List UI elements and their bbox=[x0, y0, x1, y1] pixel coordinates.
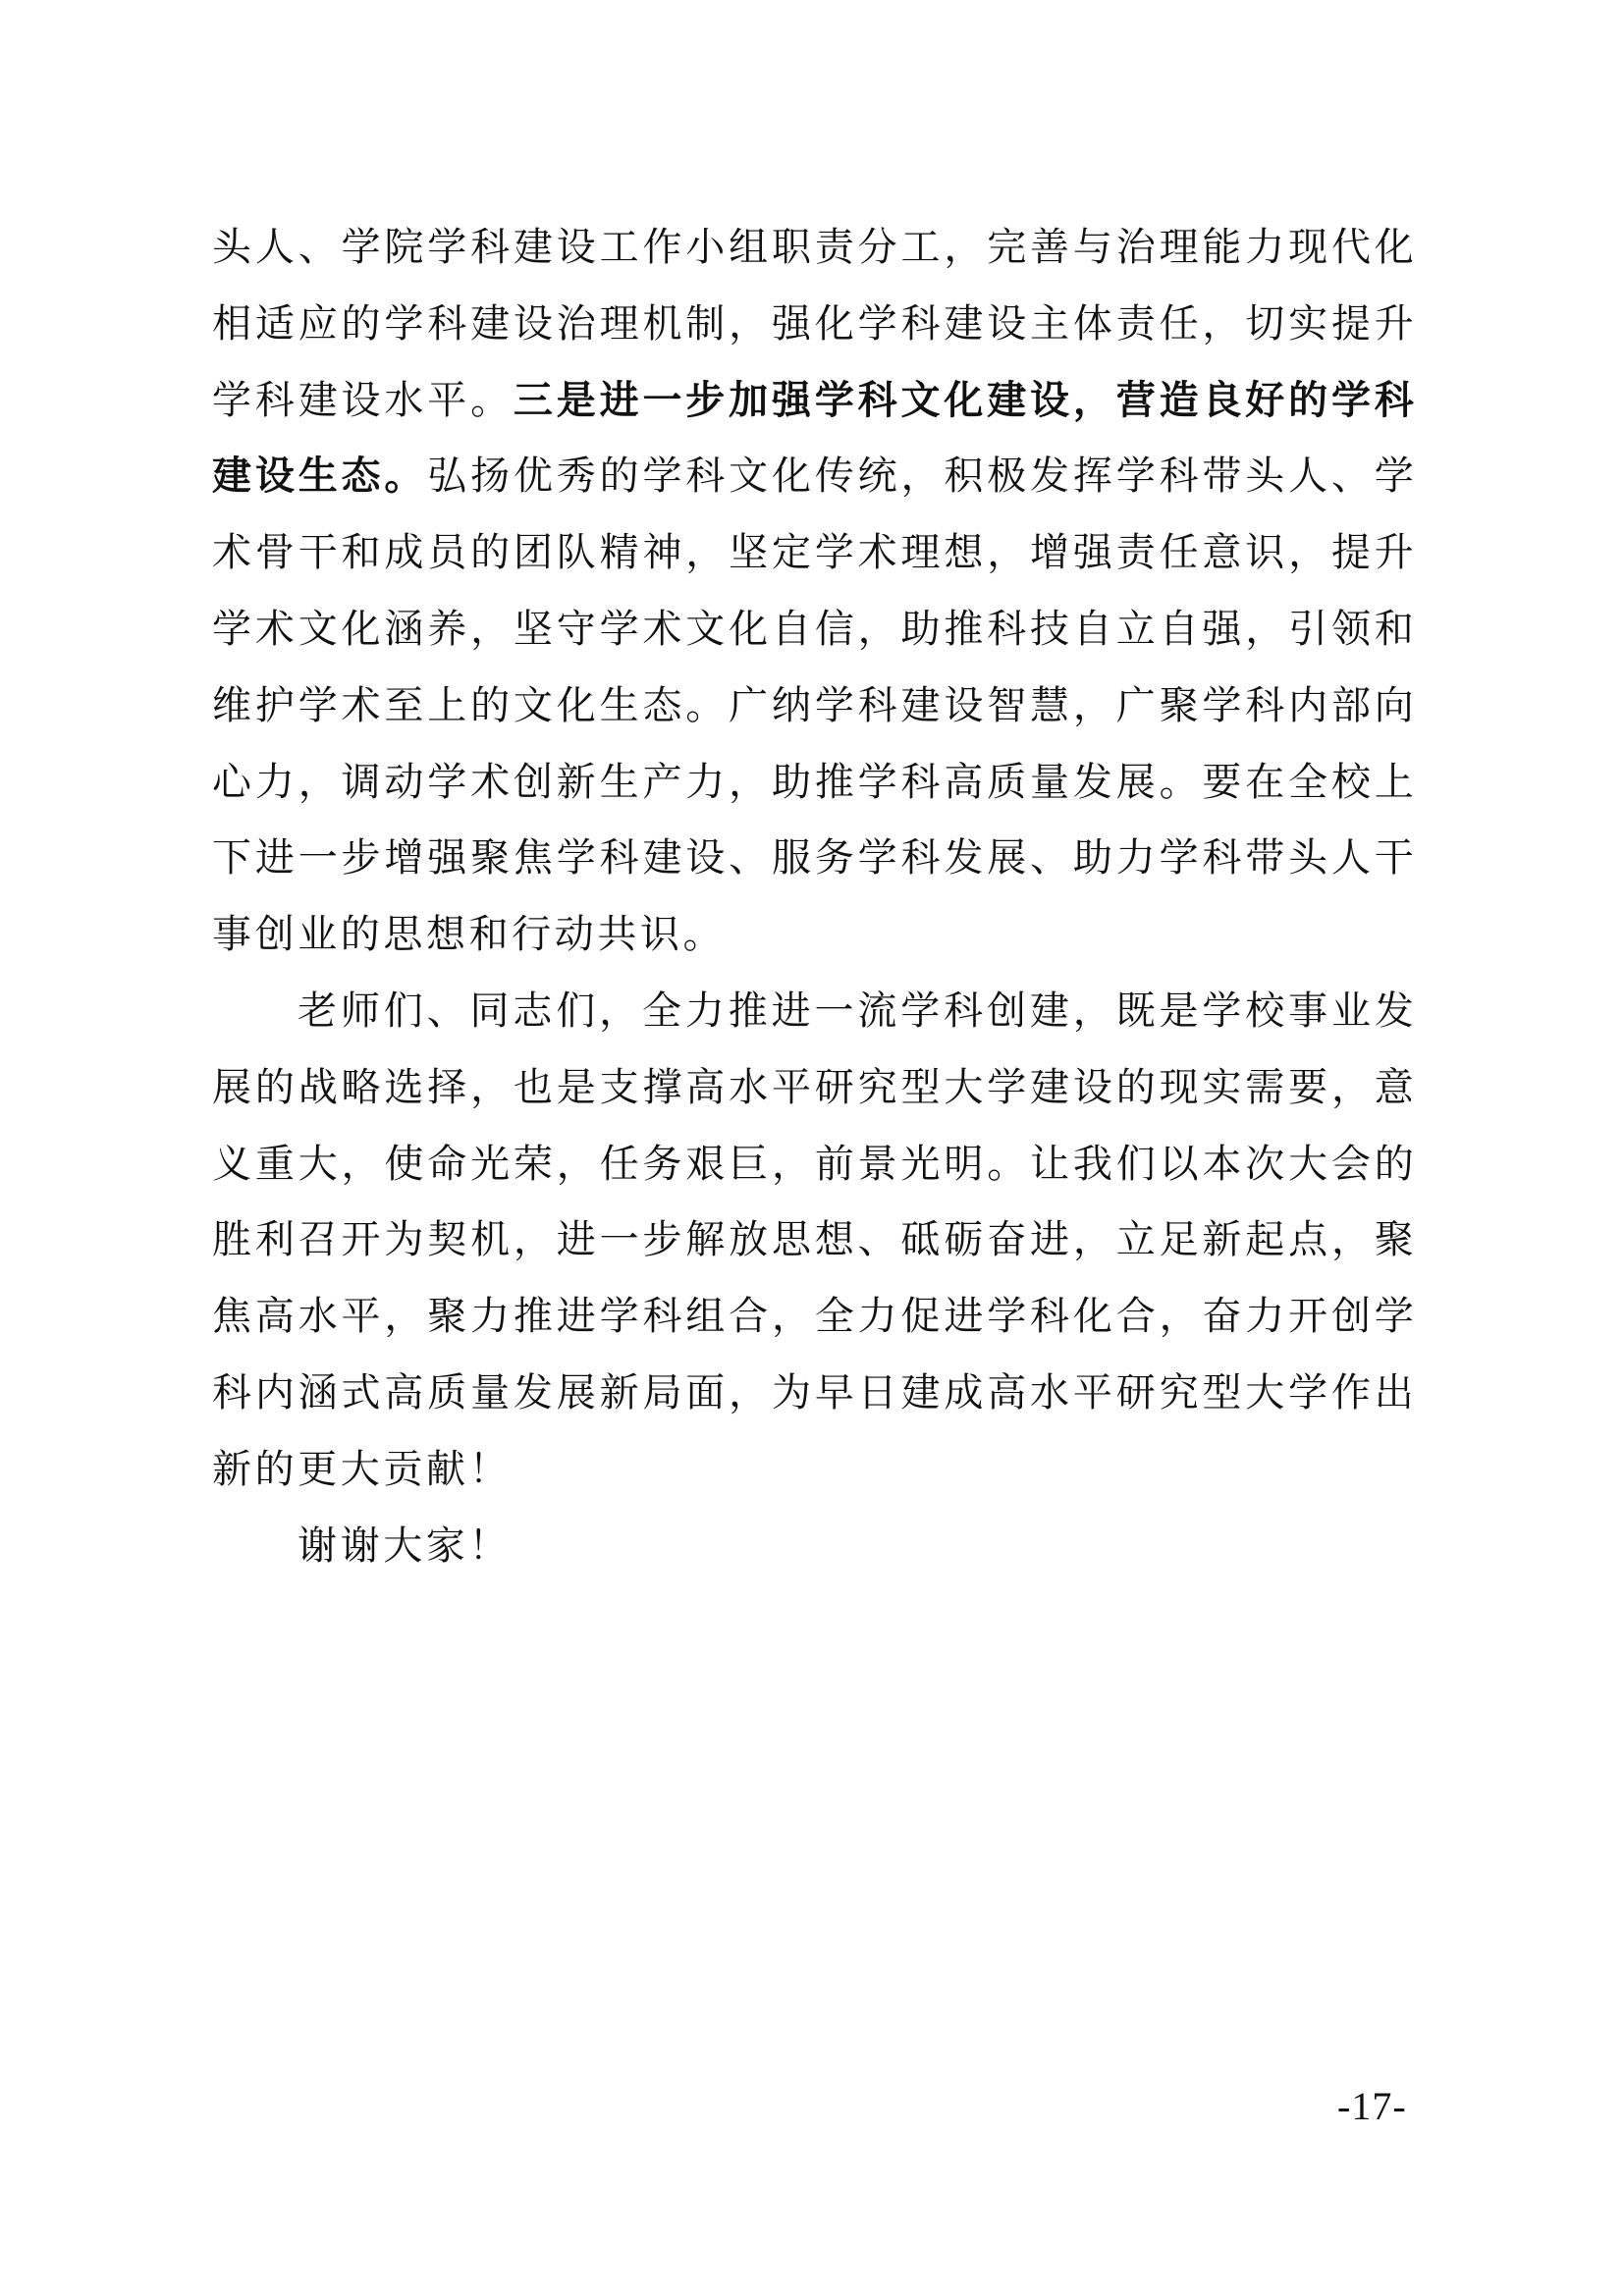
bold-text-char: ， bbox=[1073, 371, 1112, 448]
text-char: 全 bbox=[1288, 753, 1327, 829]
text-char: 校 bbox=[1331, 753, 1371, 829]
text-char: 文 bbox=[729, 447, 768, 523]
text-char: 高 bbox=[944, 753, 983, 829]
text-char: 部 bbox=[1331, 676, 1371, 753]
text-char: 设 bbox=[944, 676, 983, 753]
text-char: 服 bbox=[772, 828, 811, 905]
text-char: 力 bbox=[255, 753, 295, 829]
text-char: 建 bbox=[642, 828, 681, 905]
text-char: 识 bbox=[1245, 523, 1284, 600]
text-char: 大 bbox=[944, 1058, 983, 1135]
text-char: 小 bbox=[685, 218, 725, 294]
text-char: 足 bbox=[1160, 1210, 1199, 1287]
text-line: 焦高水平，聚力推进学科组合，全力促进学科化合，奋力开创学 bbox=[212, 1287, 1414, 1363]
text-char: 干 bbox=[298, 523, 338, 600]
text-line: 学术文化涵养，坚守学术文化自信，助推科技自立自强，引领和 bbox=[212, 600, 1414, 676]
text-char: 理 bbox=[1160, 218, 1199, 294]
text-line: 老师们、同志们，全力推进一流学科创建，既是学校事业发 bbox=[212, 982, 1414, 1058]
text-char: 信 bbox=[815, 600, 854, 676]
text-char: 、 bbox=[729, 828, 768, 905]
text-char: 秀 bbox=[557, 447, 596, 523]
text-char: 扬 bbox=[470, 447, 510, 523]
text-char: 展 bbox=[557, 1363, 596, 1440]
text-char: 带 bbox=[1202, 447, 1241, 523]
text-char: ， bbox=[1160, 1287, 1199, 1363]
text-char: 创 bbox=[255, 905, 295, 982]
text-char: 学 bbox=[858, 294, 897, 371]
text-char: ， bbox=[729, 1363, 768, 1440]
text-char: 在 bbox=[1245, 753, 1284, 829]
text-char: 展 bbox=[1116, 753, 1156, 829]
text-char: 学 bbox=[815, 523, 854, 600]
text-char: 建 bbox=[298, 371, 338, 448]
text-char: 升 bbox=[1375, 294, 1414, 371]
text-char: 术 bbox=[255, 600, 295, 676]
bold-text-char: 的 bbox=[1288, 371, 1327, 448]
text-char: 和 bbox=[1375, 600, 1414, 676]
text-char: 也 bbox=[514, 1058, 553, 1135]
text-char: 增 bbox=[384, 828, 423, 905]
text-char: 一 bbox=[298, 828, 338, 905]
text-char: 员 bbox=[427, 523, 466, 600]
text-char: 引 bbox=[1288, 600, 1327, 676]
text-char: 聚 bbox=[427, 1287, 466, 1363]
text-char: 思 bbox=[772, 1210, 811, 1287]
text-char: 神 bbox=[642, 523, 681, 600]
text-line: 胜利召开为契机，进一步解放思想、砥砺奋进，立足新起点，聚 bbox=[212, 1210, 1414, 1287]
text-char: 创 bbox=[987, 982, 1026, 1058]
text-char: 力 bbox=[470, 1287, 510, 1363]
text-char: 。 bbox=[1160, 753, 1199, 829]
text-char: 人 bbox=[1288, 447, 1327, 523]
text-char: ， bbox=[685, 523, 725, 600]
text-line: 义重大，使命光荣，任务艰巨，前景光明。让我们以本次大会的 bbox=[212, 1135, 1414, 1211]
text-char: 进 bbox=[255, 828, 295, 905]
text-char: 明 bbox=[944, 1135, 983, 1211]
text-char: 是 bbox=[557, 1058, 596, 1135]
text-char: 业 bbox=[298, 905, 337, 982]
text-char: 护 bbox=[255, 676, 295, 753]
text-char: 、 bbox=[298, 218, 338, 294]
text-char: 成 bbox=[944, 1363, 983, 1440]
text-char: 学 bbox=[1288, 1363, 1327, 1440]
text-char: 学 bbox=[1375, 1287, 1414, 1363]
text-char: 力 bbox=[1116, 828, 1156, 905]
text-char: 日 bbox=[858, 1363, 897, 1440]
text-char: 自 bbox=[1160, 600, 1199, 676]
text-char: 我 bbox=[1073, 1135, 1112, 1211]
text-char: 面 bbox=[685, 1363, 725, 1440]
text-char: 机 bbox=[642, 294, 681, 371]
text-char: 力 bbox=[1245, 218, 1284, 294]
text-char: 善 bbox=[1030, 218, 1069, 294]
text-char: 选 bbox=[384, 1058, 423, 1135]
text-char: 涵 bbox=[384, 600, 423, 676]
text-char: 治 bbox=[1116, 218, 1156, 294]
text-char: 发 bbox=[1073, 753, 1112, 829]
text-char: 应 bbox=[298, 294, 338, 371]
text-char: 平 bbox=[427, 371, 466, 448]
text-char: 组 bbox=[685, 1287, 725, 1363]
text-char: 展 bbox=[212, 1058, 251, 1135]
text-char: 化 bbox=[1375, 218, 1414, 294]
text-line: 谢谢大家！ bbox=[212, 1517, 1414, 1593]
text-char: 态 bbox=[642, 676, 681, 753]
text-char: 适 bbox=[255, 294, 295, 371]
text-char: 务 bbox=[642, 1135, 681, 1211]
text-char: 科 bbox=[685, 447, 725, 523]
text-char: 全 bbox=[815, 1287, 854, 1363]
text-char: 化 bbox=[729, 600, 768, 676]
text-char: 设 bbox=[514, 294, 553, 371]
bold-text-char: 建 bbox=[987, 371, 1026, 448]
text-char: 文 bbox=[685, 600, 725, 676]
text-char: 力 bbox=[1245, 1287, 1284, 1363]
text-char: 业 bbox=[1331, 982, 1371, 1058]
text-char: 究 bbox=[1160, 1363, 1199, 1440]
bold-text-char: 造 bbox=[1160, 371, 1199, 448]
text-char: 支 bbox=[600, 1058, 639, 1135]
paragraph: 头人、学院学科建设工作小组职责分工，完善与治理能力现代化相适应的学科建设治理机制… bbox=[212, 218, 1414, 982]
text-char: 想 bbox=[815, 1210, 854, 1287]
text-char: 的 bbox=[470, 523, 510, 600]
text-char: 学 bbox=[427, 218, 466, 294]
text-char: 的 bbox=[600, 447, 639, 523]
text-char: ， bbox=[342, 1135, 381, 1211]
text-char: 分 bbox=[858, 218, 897, 294]
text-char: 学 bbox=[1202, 982, 1241, 1058]
text-char: 建 bbox=[944, 294, 983, 371]
text-char: 学 bbox=[987, 1287, 1026, 1363]
text-char: 大 bbox=[383, 1517, 422, 1593]
text-char: 合 bbox=[1116, 1287, 1156, 1363]
text-char: 更 bbox=[298, 1440, 337, 1517]
text-char: 优 bbox=[514, 447, 553, 523]
text-char: 学 bbox=[987, 1058, 1026, 1135]
text-char: 生 bbox=[600, 753, 639, 829]
text-char: 型 bbox=[1202, 1363, 1241, 1440]
text-char: 研 bbox=[1116, 1363, 1156, 1440]
text-char: 聚 bbox=[1375, 1210, 1414, 1287]
text-char: 自 bbox=[772, 600, 811, 676]
bold-text-char: 文 bbox=[901, 371, 941, 448]
text-char: 谢 bbox=[341, 1517, 380, 1593]
text-char: 进 bbox=[1030, 1210, 1069, 1287]
text-line: 相适应的学科建设治理机制，强化学科建设主体责任，切实提升 bbox=[212, 294, 1414, 371]
text-char: 科 bbox=[427, 294, 466, 371]
text-line: 科内涵式高质量发展新局面，为早日建成高水平研究型大学作出 bbox=[212, 1363, 1414, 1440]
text-char: 胜 bbox=[212, 1210, 251, 1287]
text-char: 学 bbox=[1160, 828, 1199, 905]
text-char: 精 bbox=[600, 523, 639, 600]
text-char: 需 bbox=[1245, 1058, 1284, 1135]
text-char: 、 bbox=[427, 982, 466, 1058]
text-char: 的 bbox=[255, 1440, 295, 1517]
text-char: 科 bbox=[1202, 828, 1241, 905]
text-char: ， bbox=[1331, 1210, 1371, 1287]
text-char: ， bbox=[944, 218, 983, 294]
text-char: 的 bbox=[255, 1058, 295, 1135]
text-char: 们 bbox=[384, 982, 423, 1058]
text-char: 同 bbox=[470, 982, 510, 1058]
text-char: 学 bbox=[427, 753, 466, 829]
text-char: 建 bbox=[1030, 982, 1069, 1058]
text-char: 一 bbox=[815, 982, 854, 1058]
text-char: ， bbox=[772, 1287, 811, 1363]
bold-text-char: 学 bbox=[1331, 371, 1371, 448]
text-char: 文 bbox=[298, 600, 338, 676]
text-char: 想 bbox=[426, 905, 465, 982]
text-char: 新 bbox=[212, 1440, 251, 1517]
text-char: 建 bbox=[470, 294, 510, 371]
text-char: 治 bbox=[557, 294, 596, 371]
text-char: 早 bbox=[815, 1363, 854, 1440]
text-char: 队 bbox=[557, 523, 596, 600]
text-char: 理 bbox=[600, 294, 639, 371]
text-char: 学 bbox=[1375, 447, 1414, 523]
text-char: 现 bbox=[1288, 218, 1327, 294]
text-char: 干 bbox=[1375, 828, 1414, 905]
text-char: 科 bbox=[1030, 1287, 1069, 1363]
text-char: 坚 bbox=[729, 523, 768, 600]
text-char: 志 bbox=[513, 982, 552, 1058]
text-char: 科 bbox=[1245, 676, 1284, 753]
text-char: 科 bbox=[858, 676, 897, 753]
text-char: ， bbox=[557, 1135, 596, 1211]
text-char: 命 bbox=[427, 1135, 466, 1211]
bold-text-char: 。 bbox=[384, 447, 423, 523]
text-char: 科 bbox=[642, 1287, 681, 1363]
text-char: 创 bbox=[514, 753, 553, 829]
text-char: 学 bbox=[1202, 676, 1241, 753]
text-char: 挥 bbox=[1073, 447, 1112, 523]
text-char: 、 bbox=[1331, 447, 1371, 523]
text-char: 责 bbox=[1116, 294, 1156, 371]
text-char: 砥 bbox=[901, 1210, 941, 1287]
text-char: 是 bbox=[1160, 982, 1199, 1058]
text-char: 立 bbox=[1116, 600, 1156, 676]
bold-text-char: 三 bbox=[514, 371, 553, 448]
text-char: 推 bbox=[944, 600, 983, 676]
text-char: 高 bbox=[384, 1363, 423, 1440]
text-char: ， bbox=[858, 600, 897, 676]
text-char: 化 bbox=[815, 294, 854, 371]
text-char: 校 bbox=[1245, 982, 1284, 1058]
text-char: 术 bbox=[858, 523, 897, 600]
text-char: 术 bbox=[342, 676, 381, 753]
text-char: ， bbox=[599, 982, 638, 1058]
bold-text-char: 设 bbox=[1030, 371, 1069, 448]
text-char: 化 bbox=[557, 676, 596, 753]
text-char: 上 bbox=[427, 676, 466, 753]
text-char: 工 bbox=[901, 218, 941, 294]
paragraph: 谢谢大家！ bbox=[212, 1517, 1414, 1593]
text-char: 发 bbox=[1030, 447, 1069, 523]
text-char: 慧 bbox=[1030, 676, 1069, 753]
text-char: 广 bbox=[1116, 676, 1156, 753]
text-char: 型 bbox=[901, 1058, 941, 1135]
text-char: 创 bbox=[1331, 1287, 1371, 1363]
text-char: ， bbox=[1073, 1210, 1112, 1287]
text-char: ， bbox=[1245, 600, 1284, 676]
text-char: 推 bbox=[514, 1287, 553, 1363]
text-char: 局 bbox=[642, 1363, 681, 1440]
text-char: 新 bbox=[600, 1363, 639, 1440]
text-line: 下进一步增强聚焦学科建设、服务学科发展、助力学科带头人干 bbox=[212, 828, 1414, 905]
bold-text-char: 建 bbox=[212, 447, 251, 523]
text-char: 式 bbox=[342, 1363, 381, 1440]
text-char: 进 bbox=[557, 1287, 596, 1363]
text-char: 大 bbox=[341, 1440, 380, 1517]
text-char: 建 bbox=[901, 1363, 941, 1440]
text-char: 流 bbox=[857, 982, 896, 1058]
text-char: 作 bbox=[642, 218, 681, 294]
text-char: 次 bbox=[1245, 1135, 1284, 1211]
text-char: 代 bbox=[1331, 218, 1371, 294]
text-char: 科 bbox=[901, 753, 941, 829]
text-char: 科 bbox=[987, 600, 1026, 676]
text-char: 科 bbox=[944, 982, 983, 1058]
text-char: 、 bbox=[858, 1210, 897, 1287]
bold-text-char: 强 bbox=[772, 371, 811, 448]
text-char: 设 bbox=[987, 294, 1026, 371]
text-char: 人 bbox=[1331, 828, 1371, 905]
text-char: 老 bbox=[298, 982, 337, 1058]
text-char: 起 bbox=[1245, 1210, 1284, 1287]
text-char: 带 bbox=[1245, 828, 1284, 905]
text-char: 术 bbox=[642, 600, 681, 676]
text-line: 学科建设水平。三是进一步加强学科文化建设，营造良好的学科 bbox=[212, 371, 1414, 448]
text-char: 放 bbox=[729, 1210, 768, 1287]
text-char: 艰 bbox=[685, 1135, 725, 1211]
text-char: ， bbox=[1202, 294, 1241, 371]
text-char: 头 bbox=[212, 218, 251, 294]
text-char: 水 bbox=[384, 371, 423, 448]
text-char: 务 bbox=[815, 828, 854, 905]
bold-text-char: 步 bbox=[685, 371, 725, 448]
text-char: 召 bbox=[298, 1210, 338, 1287]
text-char: 以 bbox=[1160, 1135, 1199, 1211]
bold-text-char: 是 bbox=[557, 371, 596, 448]
text-char: 学 bbox=[815, 676, 854, 753]
text-char: 提 bbox=[1331, 294, 1371, 371]
text-char: 科 bbox=[901, 828, 941, 905]
text-char: 义 bbox=[212, 1135, 251, 1211]
text-char: 强 bbox=[772, 294, 811, 371]
text-char: 强 bbox=[427, 828, 466, 905]
text-char: 学 bbox=[642, 447, 681, 523]
text-char: 现 bbox=[1160, 1058, 1199, 1135]
text-char: 力 bbox=[858, 1287, 897, 1363]
text-char: 大 bbox=[1245, 1363, 1284, 1440]
text-char: 科 bbox=[470, 218, 510, 294]
text-char: 院 bbox=[384, 218, 423, 294]
text-char: 的 bbox=[1375, 1135, 1414, 1211]
bold-text-char: 科 bbox=[858, 371, 897, 448]
text-char: 的 bbox=[1116, 1058, 1156, 1135]
text-char: 切 bbox=[1245, 294, 1284, 371]
text-char: 智 bbox=[987, 676, 1026, 753]
text-char: 学 bbox=[858, 753, 897, 829]
text-char: 们 bbox=[1116, 1135, 1156, 1211]
text-char: 质 bbox=[427, 1363, 466, 1440]
text-char: 养 bbox=[427, 600, 466, 676]
text-char: ， bbox=[987, 523, 1026, 600]
text-char: 全 bbox=[642, 982, 681, 1058]
text-char: 涵 bbox=[298, 1363, 338, 1440]
text-char: 高 bbox=[255, 1287, 295, 1363]
text-char: 向 bbox=[1375, 676, 1414, 753]
text-char: 契 bbox=[427, 1210, 466, 1287]
text-char: 研 bbox=[815, 1058, 854, 1135]
text-char: 责 bbox=[815, 218, 854, 294]
text-char: 识 bbox=[640, 905, 679, 982]
text-char: 完 bbox=[987, 218, 1026, 294]
text-char: 。 bbox=[683, 905, 723, 982]
text-char: 开 bbox=[1288, 1287, 1327, 1363]
text-char: 学 bbox=[900, 982, 940, 1058]
bold-text-char: 进 bbox=[600, 371, 639, 448]
text-char: 平 bbox=[1073, 1363, 1112, 1440]
text-char: 任 bbox=[1160, 523, 1199, 600]
text-char: 化 bbox=[342, 600, 381, 676]
text-char: 步 bbox=[342, 828, 381, 905]
text-char: 内 bbox=[1288, 676, 1327, 753]
text-char: 会 bbox=[1331, 1135, 1371, 1211]
text-char: ， bbox=[1073, 982, 1112, 1058]
text-char: 内 bbox=[255, 1363, 295, 1440]
text-char: 新 bbox=[557, 753, 596, 829]
text-char: 推 bbox=[815, 753, 854, 829]
text-char: 大 bbox=[298, 1135, 338, 1211]
text-char: 促 bbox=[901, 1287, 941, 1363]
text-char: 水 bbox=[298, 1287, 338, 1363]
text-char: 奋 bbox=[1202, 1287, 1241, 1363]
text-char: 为 bbox=[384, 1210, 423, 1287]
text-char: 成 bbox=[384, 523, 423, 600]
text-char: 生 bbox=[600, 676, 639, 753]
text-char: 巨 bbox=[729, 1135, 768, 1211]
text-char: 动 bbox=[384, 753, 423, 829]
text-char: 强 bbox=[1202, 600, 1241, 676]
text-char: 略 bbox=[342, 1058, 381, 1135]
text-line: 维护学术至上的文化生态。广纳学科建设智慧，广聚学科内部向 bbox=[212, 676, 1414, 753]
text-char: 坚 bbox=[514, 600, 553, 676]
text-char: 守 bbox=[557, 600, 596, 676]
text-char: 家 bbox=[426, 1517, 465, 1593]
text-char: 撑 bbox=[642, 1058, 681, 1135]
text-char: 和 bbox=[342, 523, 381, 600]
text-char: 科 bbox=[255, 371, 295, 448]
text-char: 统 bbox=[858, 447, 897, 523]
text-char: 头 bbox=[1288, 828, 1327, 905]
text-char: 的 bbox=[342, 294, 381, 371]
text-char: 能 bbox=[1202, 218, 1241, 294]
text-char: 助 bbox=[901, 600, 941, 676]
text-char: 强 bbox=[1073, 523, 1112, 600]
text-char: 力 bbox=[685, 753, 725, 829]
text-char: 平 bbox=[342, 1287, 381, 1363]
bold-text-char: 化 bbox=[944, 371, 983, 448]
text-char: ， bbox=[298, 753, 338, 829]
text-char: 聚 bbox=[470, 828, 510, 905]
text-char: 增 bbox=[1030, 523, 1069, 600]
text-char: 头 bbox=[1245, 447, 1284, 523]
text-char: 展 bbox=[987, 828, 1026, 905]
text-char: ， bbox=[470, 600, 510, 676]
text-char: 步 bbox=[642, 1210, 681, 1287]
bold-text-char: 加 bbox=[729, 371, 768, 448]
